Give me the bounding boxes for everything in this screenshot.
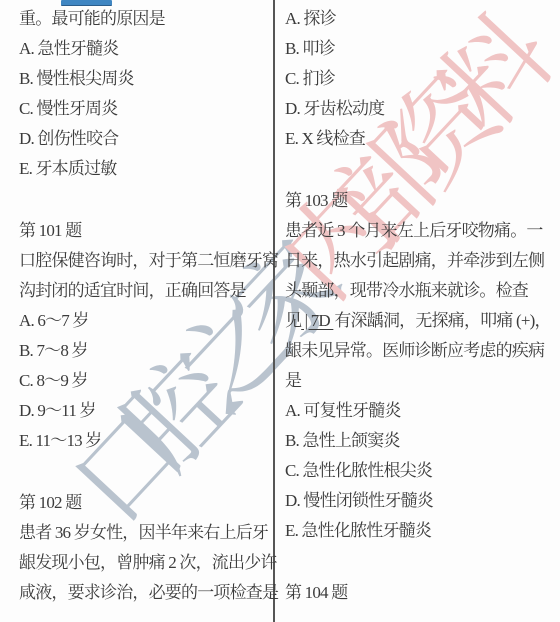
question-103-option-a: A. 可复性牙髓炎 — [285, 396, 547, 426]
question-102-option-a: A. 探诊 — [285, 4, 547, 34]
question-103-stem-line-1: 患者近 3 个月来左上后牙咬物痛。一 — [285, 216, 547, 246]
tooth-line-prefix: 见 — [285, 311, 301, 330]
tooth-line-suffix: 有深龋洞，无探痛，叩痛 (+)， — [334, 311, 550, 330]
question-103-stem-line-4: 见 | 7D 有深龋洞，无探痛，叩痛 (+)， — [285, 306, 547, 336]
option-b: B. 慢性根尖周炎 — [19, 64, 267, 94]
option-c: C. 慢性牙周炎 — [19, 94, 267, 124]
question-102-stem-line-1: 患者 36 岁女性，因半年来右上后牙 — [19, 518, 267, 548]
question-103-option-c: C. 急性化脓性根尖炎 — [285, 456, 547, 486]
blank-line — [19, 184, 267, 216]
option-e: E. 牙本质过敏 — [19, 154, 267, 184]
question-102-stem-line-3: 咸液，要求诊治，必要的一项检查是 — [19, 578, 267, 608]
question-102-number: 第 102 题 — [19, 488, 267, 518]
question-101-option-d: D. 9～11 岁 — [19, 396, 267, 426]
blank-line — [285, 154, 547, 186]
question-101-option-a: A. 6～7 岁 — [19, 306, 267, 336]
exam-document-page: 口腔之家内部资料 重。最可能的原因是 A. 急性牙髓炎 B. 慢性根尖周炎 C.… — [0, 0, 560, 622]
question-102-option-c: C. 扪诊 — [285, 64, 547, 94]
question-102-stem-line-2: 龈发现小包，曾肿痛 2 次，流出少许 — [19, 548, 267, 578]
tooth-notation: | 7D — [301, 311, 334, 330]
question-102-option-b: B. 叩诊 — [285, 34, 547, 64]
question-101-option-b: B. 7～8 岁 — [19, 336, 267, 366]
question-101-option-e: E. 11～13 岁 — [19, 426, 267, 456]
question-103-stem-line-5: 龈未见异常。医师诊断应考虑的疾病 — [285, 336, 547, 366]
right-column: A. 探诊 B. 叩诊 C. 扪诊 D. 牙齿松动度 E. X 线检查 第 10… — [285, 4, 547, 608]
question-104-number: 第 104 题 — [285, 578, 547, 608]
question-103-stem-line-6: 是 — [285, 366, 547, 396]
question-103-stem-line-3: 头颞部，现带冷水瓶来就诊。检查 — [285, 276, 547, 306]
blank-line — [19, 456, 267, 488]
question-103-option-b: B. 急性上颌窦炎 — [285, 426, 547, 456]
question-101-stem-line-2: 沟封闭的适宜时间，正确回答是 — [19, 276, 267, 306]
question-103-stem-line-2: 日来，热水引起剧痛，并牵涉到左侧 — [285, 246, 547, 276]
question-103-option-e: E. 急性化脓性牙髓炎 — [285, 516, 547, 546]
question-103-option-d: D. 慢性闭锁性牙髓炎 — [285, 486, 547, 516]
column-divider-line — [273, 0, 275, 622]
cutoff-blue-highlight-bar — [61, 0, 112, 6]
question-102-option-e: E. X 线检查 — [285, 124, 547, 154]
option-a: A. 急性牙髓炎 — [19, 34, 267, 64]
question-101-number: 第 101 题 — [19, 216, 267, 246]
question-stem-line: 重。最可能的原因是 — [19, 4, 267, 34]
question-102-option-d: D. 牙齿松动度 — [285, 94, 547, 124]
option-d: D. 创伤性咬合 — [19, 124, 267, 154]
question-101-option-c: C. 8～9 岁 — [19, 366, 267, 396]
left-column: 重。最可能的原因是 A. 急性牙髓炎 B. 慢性根尖周炎 C. 慢性牙周炎 D.… — [19, 4, 267, 608]
blank-line — [285, 546, 547, 578]
question-103-number: 第 103 题 — [285, 186, 547, 216]
question-101-stem-line-1: 口腔保健咨询时，对于第二恒磨牙窝 — [19, 246, 267, 276]
